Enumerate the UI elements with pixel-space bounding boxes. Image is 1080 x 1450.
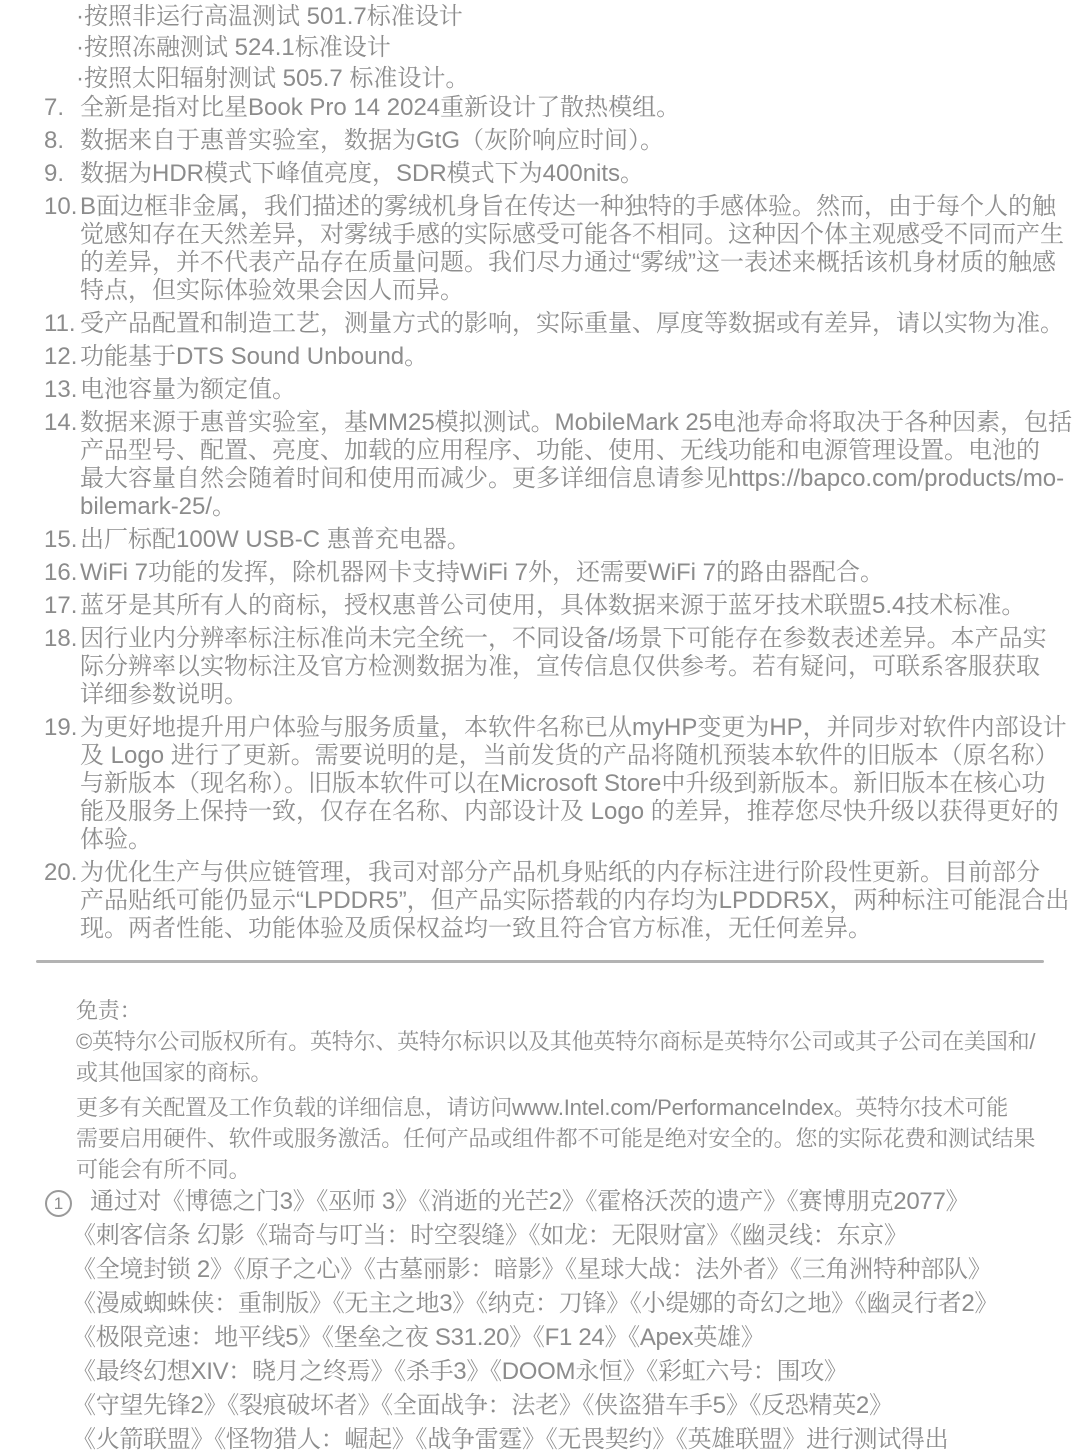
disclaimer-paragraph-intel-copyright: ©英特尔公司版权所有。英特尔、英特尔标识以及其他英特尔商标是英特尔公司或其子公司… <box>76 1026 1064 1088</box>
note-item-13: 13. 电池容量为额定值。 <box>0 376 1080 404</box>
disclaimer-line: 或其他国家的商标。 <box>76 1057 1064 1088</box>
note-number: 7. <box>44 94 64 122</box>
note-number: 19. <box>44 714 77 742</box>
note-item-10: 10. B面边框非金属，我们描述的雾绒机身旨在传达一种独特的手感体验。然而，由于… <box>0 193 1080 305</box>
note-line: 特点，但实际体验效果会因人而异。 <box>80 277 1060 305</box>
game-list-line: 《刺客信条 幻影《瑞奇与叮当：时空裂缝》《如龙：无限财富》《幽灵线：东京》 <box>72 1219 1080 1253</box>
game-list-line: 《漫威蜘蛛侠：重制版》《无主之地3》《纳克：刀锋》《小缇娜的奇幻之地》《幽灵行者… <box>72 1287 1080 1321</box>
note-number: 12. <box>44 343 77 371</box>
note-line: 电池容量为额定值。 <box>80 376 1060 404</box>
note-line: 数据来源于惠普实验室，基MM25模拟测试。MobileMark 25电池寿命将取… <box>80 409 1060 437</box>
sub-bullet-line: ·按照太阳辐射测试 505.7 标准设计。 <box>0 63 1080 94</box>
note-number: 14. <box>44 409 77 437</box>
disclaimer-paragraph-performance-index: 更多有关配置及工作负载的详细信息，请访问www.Intel.com/Perfor… <box>76 1092 1064 1185</box>
note-line: 为优化生产与供应链管理，我司对部分产品机身贴纸的内存标注进行阶段性更新。目前部分 <box>80 859 1060 887</box>
note-line: 的差异，并不代表产品存在质量问题。我们尽力通过“雾绒”这一表述来概括该机身材质的… <box>80 249 1060 277</box>
game-list-line: 《最终幻想XIV：晓月之终焉》《杀手3》《DOOM永恒》《彩虹六号：围攻》 <box>72 1355 1080 1389</box>
note-item-9: 9. 数据为HDR模式下峰值亮度，SDR模式下为400nits。 <box>0 160 1080 188</box>
note-line: WiFi 7功能的发挥，除机器网卡支持WiFi 7外，还需要WiFi 7的路由器… <box>80 559 1060 587</box>
note-line: 体验。 <box>80 826 1060 854</box>
note-number: 8. <box>44 127 64 155</box>
disclaimer-section: 免责： ©英特尔公司版权所有。英特尔、英特尔标识以及其他英特尔商标是英特尔公司或… <box>0 996 1080 1185</box>
note-number: 16. <box>44 559 77 587</box>
note-number: 18. <box>44 625 77 653</box>
note-line: 全新是指对比星Book Pro 14 2024重新设计了散热模组。 <box>80 94 1060 122</box>
note-item-8: 8. 数据来自于惠普实验室，数据为GtG（灰阶响应时间）。 <box>0 127 1080 155</box>
note-line: B面边框非金属，我们描述的雾绒机身旨在传达一种独特的手感体验。然而，由于每个人的… <box>80 193 1060 221</box>
circled-footnote-1: 1 通过对《博德之门3》《巫师 3》《消逝的光芒2》《霍格沃茨的遗产》《赛博朋克… <box>72 1185 1080 1450</box>
note-line: 功能基于DTS Sound Unbound。 <box>80 343 1060 371</box>
note-line: 出厂标配100W USB-C 惠普充电器。 <box>80 526 1060 554</box>
note-line: 蓝牙是其所有人的商标，授权惠普公司使用，具体数据来源于蓝牙技术联盟5.4技术标准… <box>80 592 1060 620</box>
note-line: 为更好地提升用户体验与服务质量，本软件名称已从myHP变更为HP，并同步对软件内… <box>80 714 1060 742</box>
game-list-line: 《火箭联盟》《怪物猎人：崛起》《战争雷霆》《无畏契约》《英雄联盟》进行测试得出 <box>72 1423 1080 1450</box>
note-line: 际分辨率以实物标注及官方检测数据为准，宣传信息仅供参考。若有疑问，可联系客服获取 <box>80 653 1060 681</box>
note-line: 能及服务上保持一致，仅存在名称、内部设计及 Logo 的差异，推荐您尽快升级以获… <box>80 798 1060 826</box>
note-number: 20. <box>44 859 77 887</box>
disclaimer-line: 更多有关配置及工作负载的详细信息，请访问www.Intel.com/Perfor… <box>76 1092 1064 1123</box>
note-number: 11. <box>44 310 76 338</box>
note-line: 产品型号、配置、亮度、加载的应用程序、功能、使用、无线功能和电源管理设置。电池的 <box>80 437 1060 465</box>
game-list-line: 通过对《博德之门3》《巫师 3》《消逝的光芒2》《霍格沃茨的遗产》《赛博朋克20… <box>72 1185 1080 1219</box>
disclaimer-heading: 免责： <box>76 996 1064 1026</box>
note-line: 现。两者性能、功能体验及质保权益均一致且符合官方标准，无任何差异。 <box>80 915 1060 943</box>
note-number: 15. <box>44 526 77 554</box>
disclaimer-line: 需要启用硬件、软件或服务激活。任何产品或组件都不可能是绝对安全的。您的实际花费和… <box>76 1123 1064 1154</box>
note-item-17: 17. 蓝牙是其所有人的商标，授权惠普公司使用，具体数据来源于蓝牙技术联盟5.4… <box>0 592 1080 620</box>
note-line: 与新版本（现名称）。旧版本软件可以在Microsoft Store中升级到新版本… <box>80 770 1060 798</box>
game-list-line: 《全境封锁 2》《原子之心》《古墓丽影：暗影》《星球大战：法外者》《三角洲特种部… <box>72 1253 1080 1287</box>
note-line: 因行业内分辨率标注标准尚未完全统一，不同设备/场景下可能存在参数表述差异。本产品… <box>80 625 1060 653</box>
note-item-18: 18. 因行业内分辨率标注标准尚未完全统一，不同设备/场景下可能存在参数表述差异… <box>0 625 1080 709</box>
game-list-line: 《极限竞速：地平线5》《堡垒之夜 S31.20》《F1 24》《Apex英雄》 <box>72 1321 1080 1355</box>
section-divider <box>36 960 1044 963</box>
disclaimer-line: 可能会有所不同。 <box>76 1154 1064 1185</box>
note-line: 最大容量自然会随着时间和使用而减少。更多详细信息请参见https://bapco… <box>80 465 1060 493</box>
note-number: 10. <box>44 193 77 221</box>
sub-bullet-line: ·按照冻融测试 524.1标准设计 <box>0 32 1080 63</box>
note-line: 受产品配置和制造工艺，测量方式的影响，实际重量、厚度等数据或有差异，请以实物为准… <box>80 310 1060 338</box>
disclaimer-line: ©英特尔公司版权所有。英特尔、英特尔标识以及其他英特尔商标是英特尔公司或其子公司… <box>76 1026 1064 1057</box>
note-line: 详细参数说明。 <box>80 681 1060 709</box>
footnotes-section: ·按照非运行高温测试 501.7标准设计 ·按照冻融测试 524.1标准设计 ·… <box>0 0 1080 943</box>
note-item-20: 20. 为优化生产与供应链管理，我司对部分产品机身贴纸的内存标注进行阶段性更新。… <box>0 859 1080 943</box>
note-item-16: 16. WiFi 7功能的发挥，除机器网卡支持WiFi 7外，还需要WiFi 7… <box>0 559 1080 587</box>
note-number: 9. <box>44 160 64 188</box>
circled-1-marker: 1 <box>45 1190 72 1217</box>
note-item-12: 12. 功能基于DTS Sound Unbound。 <box>0 343 1080 371</box>
note-line: 及 Logo 进行了更新。需要说明的是，当前发货的产品将随机预装本软件的旧版本（… <box>80 742 1060 770</box>
note-line: 数据来自于惠普实验室，数据为GtG（灰阶响应时间）。 <box>80 127 1060 155</box>
game-list-line: 《守望先锋2》《裂痕破坏者》《全面战争：法老》《侠盗猎车手5》《反恐精英2》 <box>72 1389 1080 1423</box>
note-item-14: 14. 数据来源于惠普实验室，基MM25模拟测试。MobileMark 25电池… <box>0 409 1080 521</box>
note-number: 13. <box>44 376 77 404</box>
note-line: 产品贴纸可能仍显示“LPDDR5”，但产品实际搭载的内存均为LPDDR5X，两种… <box>80 887 1060 915</box>
note-item-15: 15. 出厂标配100W USB-C 惠普充电器。 <box>0 526 1080 554</box>
note-line: 数据为HDR模式下峰值亮度，SDR模式下为400nits。 <box>80 160 1060 188</box>
note-item-19: 19. 为更好地提升用户体验与服务质量，本软件名称已从myHP变更为HP，并同步… <box>0 714 1080 854</box>
note-number: 17. <box>44 592 77 620</box>
note-line: bilemark-25/。 <box>80 493 1060 521</box>
sub-bullet-line: ·按照非运行高温测试 501.7标准设计 <box>0 1 1080 32</box>
note-item-7: 7. 全新是指对比星Book Pro 14 2024重新设计了散热模组。 <box>0 94 1080 122</box>
footnotes-page: ·按照非运行高温测试 501.7标准设计 ·按照冻融测试 524.1标准设计 ·… <box>0 0 1080 1450</box>
note-line: 觉感知存在天然差异，对雾绒手感的实际感受可能各不相同。这种因个体主观感受不同而产… <box>80 221 1060 249</box>
note-item-11: 11. 受产品配置和制造工艺，测量方式的影响，实际重量、厚度等数据或有差异，请以… <box>0 310 1080 338</box>
